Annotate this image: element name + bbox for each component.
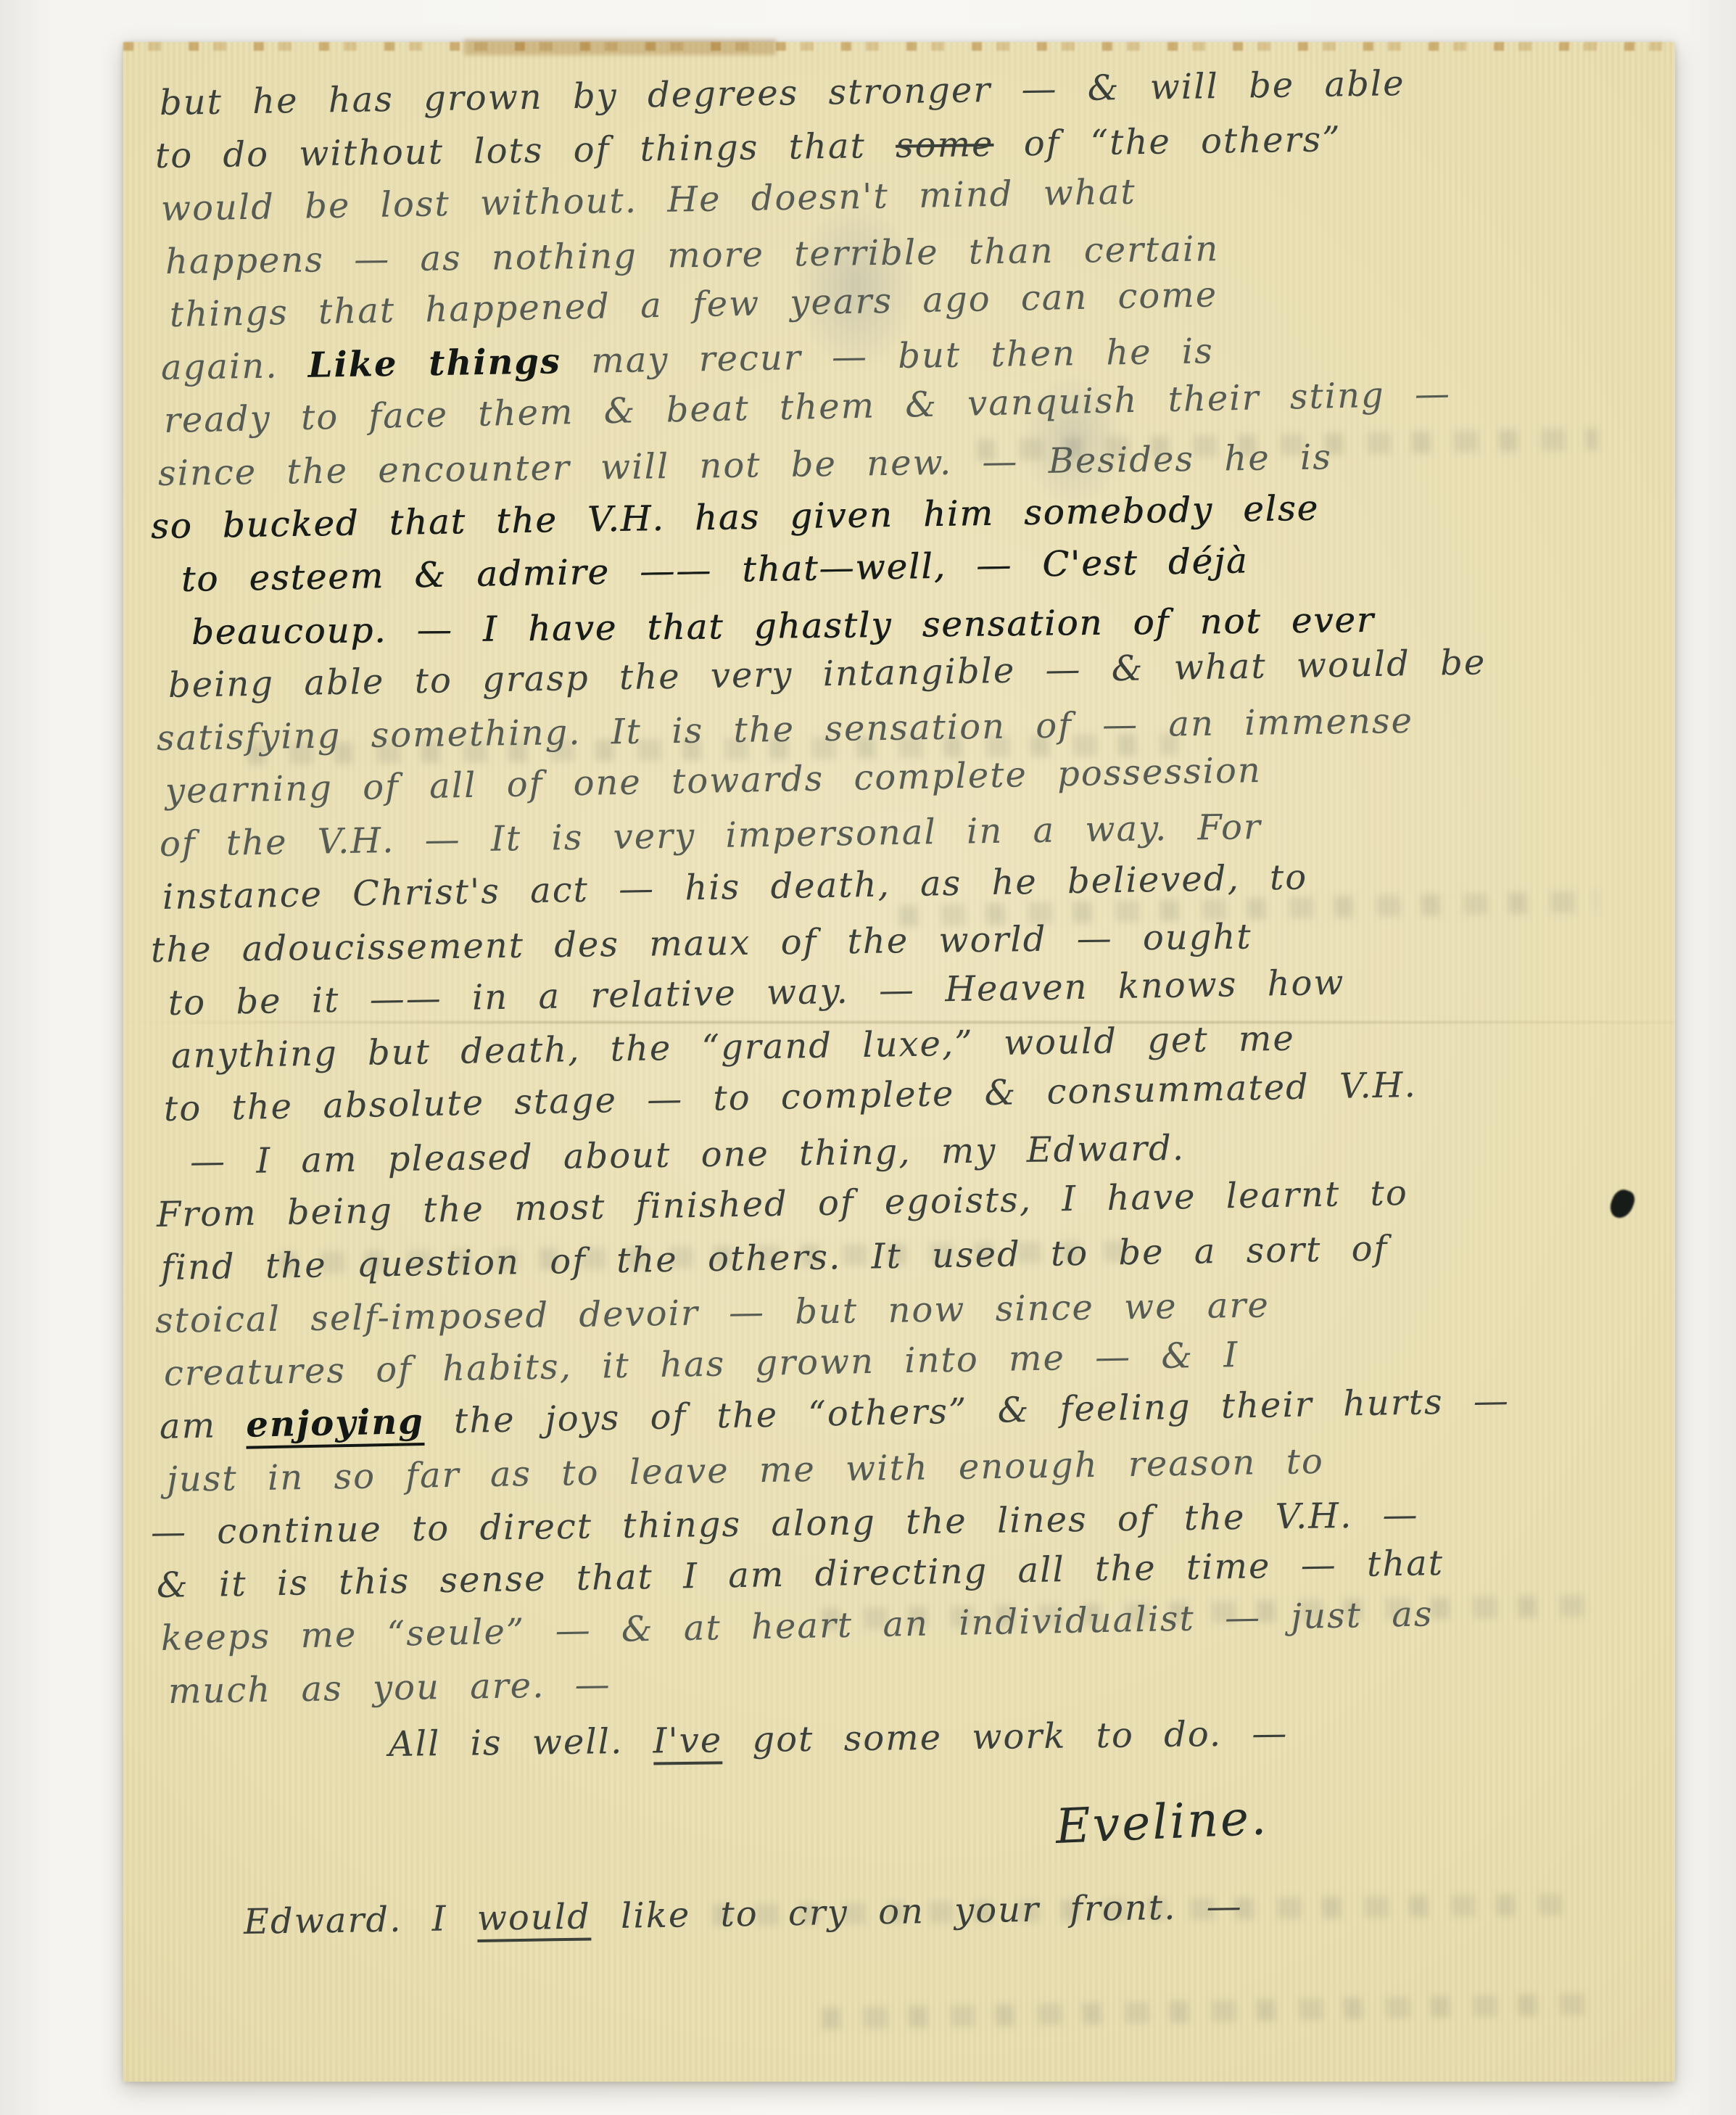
- stain: [464, 39, 776, 55]
- letter-body: but he has grown by degrees stronger — &…: [149, 77, 1658, 1949]
- postscript-text: Edward. I: [244, 1898, 478, 1942]
- postscript-text: like to cry on your front. —: [590, 1886, 1243, 1937]
- postscript-line: Edward. I would like to cry on your fron…: [243, 1873, 1658, 1949]
- postscript-underlined-word: would: [476, 1896, 591, 1942]
- ink-bleed-through: [822, 1993, 1597, 2030]
- letter-page: but he has grown by degrees stronger — &…: [123, 42, 1675, 2082]
- letter-line: All is well. I've got some work to do. —: [389, 1703, 1658, 1771]
- signature: Eveline.: [1054, 1770, 1658, 1865]
